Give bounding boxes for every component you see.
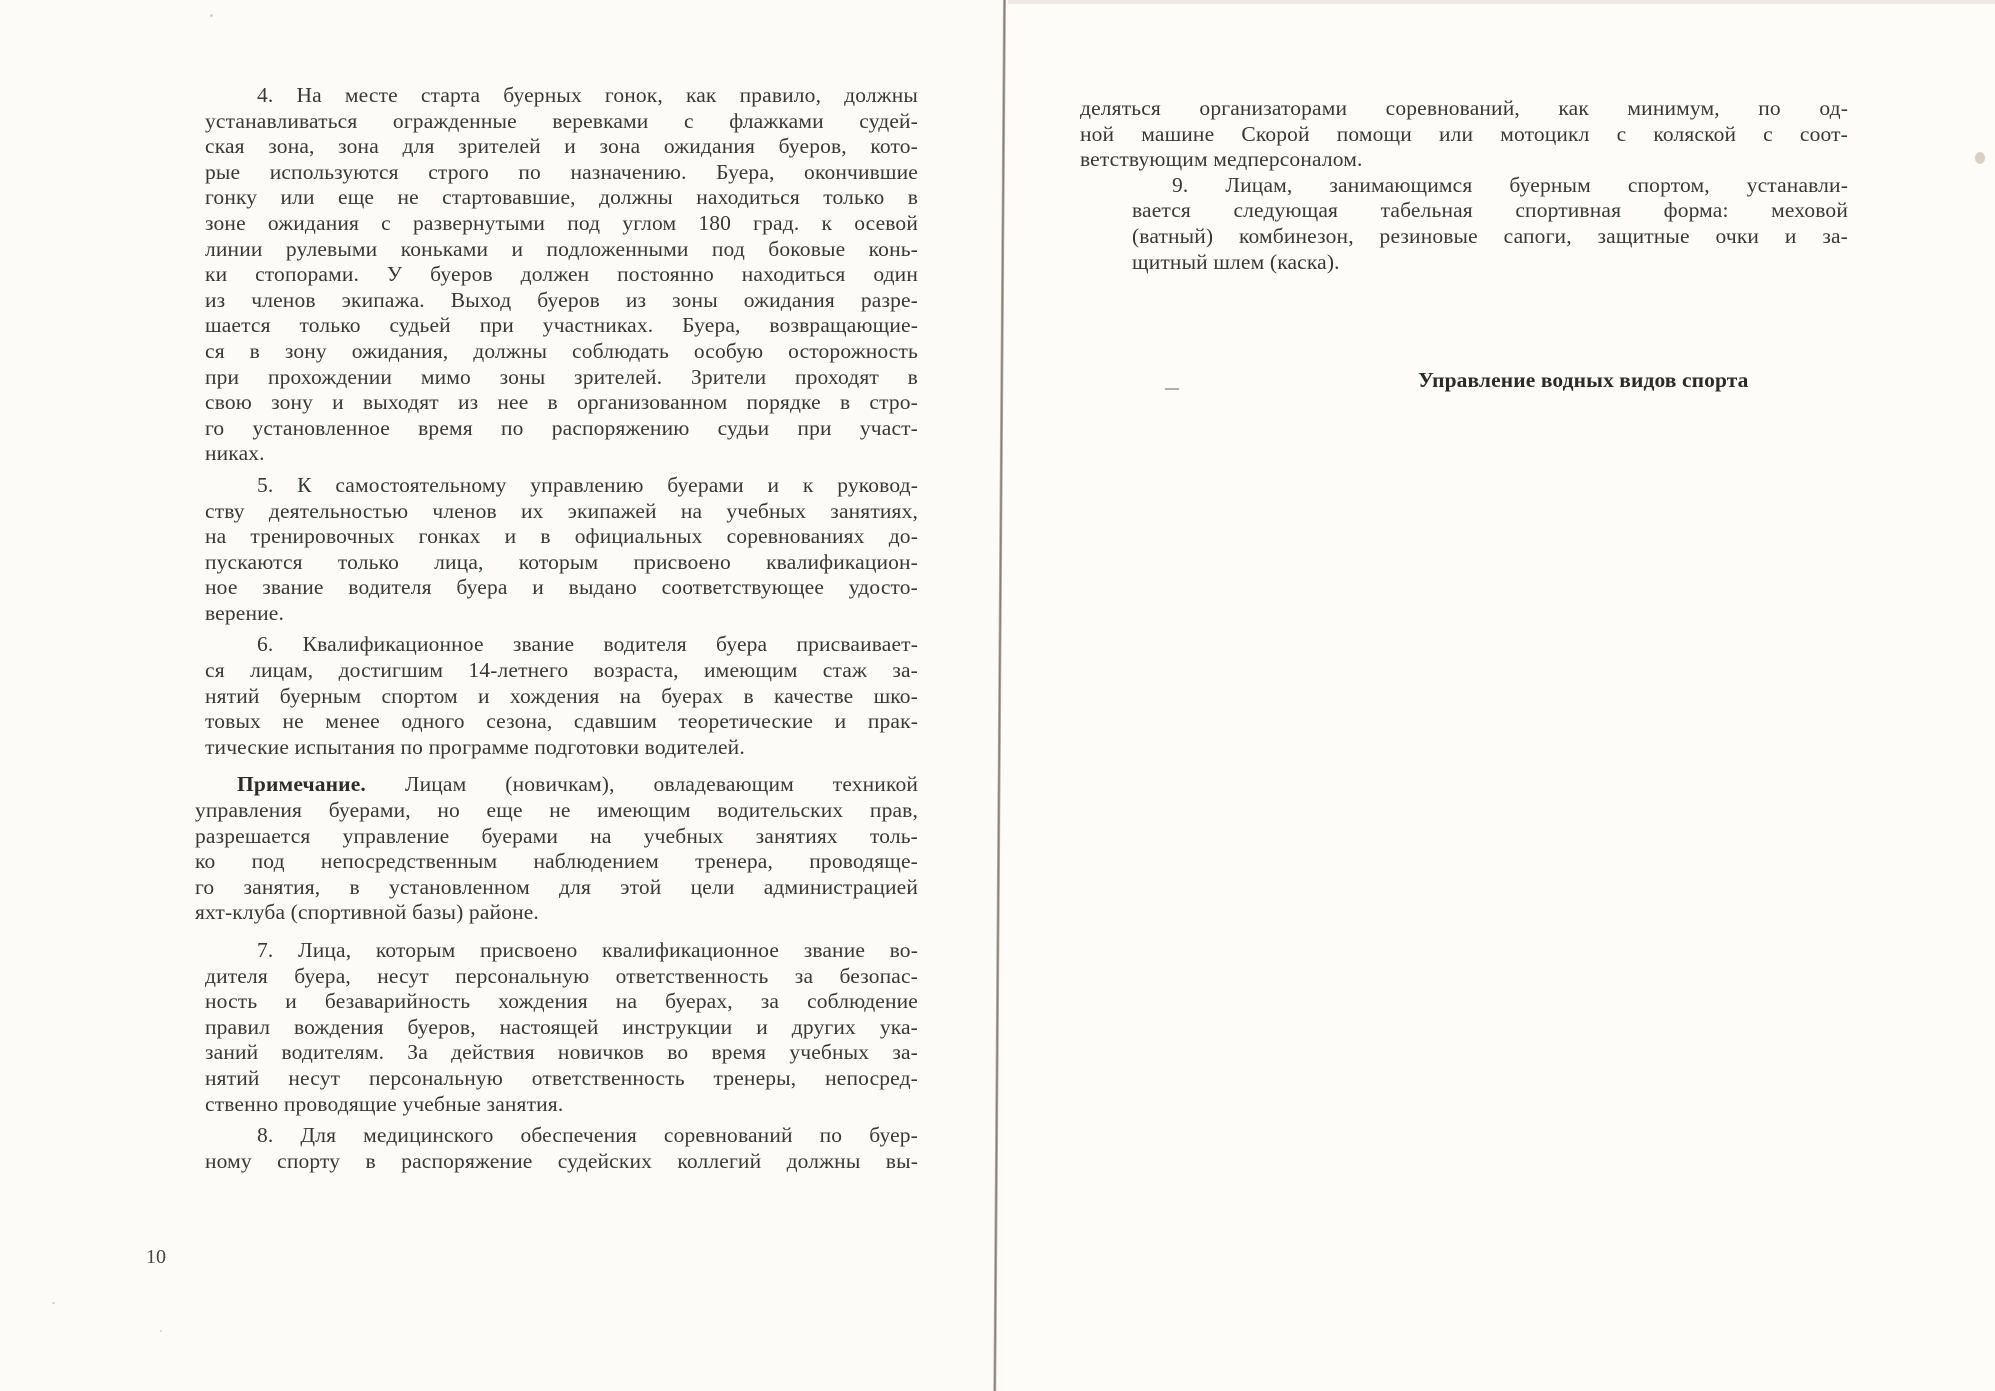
text-line: ное звание водителя буера и выдано соотв… (153, 575, 918, 601)
text-line: никах. (153, 441, 918, 467)
text-line: го установленное время по распоряжению с… (153, 416, 918, 442)
paragraph-8: 8. Для медицинского обеспечения соревнов… (153, 1123, 918, 1174)
text-line: товых не менее одного сезона, сдавшим те… (153, 709, 918, 735)
text-line: (ватный) комбинезон, резиновые сапоги, з… (1080, 224, 1848, 250)
text-line: щитный шлем (каска). (1080, 250, 1848, 276)
text-line: разрешается управление буерами на учебны… (153, 824, 918, 850)
book-spread: 4. На месте старта буерных гонок, как пр… (0, 0, 1995, 1391)
text-line: ся лицам, достигшим 14-летнего возраста,… (153, 658, 918, 684)
paragraph-4: 4. На месте старта буерных гонок, как пр… (153, 83, 918, 467)
page-number: 10 (146, 1246, 166, 1269)
text-line: яхт-клуба (спортивной базы) районе. (153, 900, 918, 926)
paper-speck (210, 14, 213, 17)
text-line: тические испытания по программе подготов… (153, 735, 918, 761)
text-line: ко под непосредственным наблюдением трен… (153, 849, 918, 875)
text-line: шается только судьей при участниках. Буе… (153, 313, 918, 339)
text-line: 8. Для медицинского обеспечения соревнов… (153, 1123, 918, 1149)
text-line: заний водителям. За действия новичков во… (153, 1040, 918, 1066)
text-line: ская зона, зона для зрителей и зона ожид… (153, 134, 918, 160)
text-line: ки стопорами. У буеров должен постоянно … (153, 262, 918, 288)
right-page-text-column: деляться организаторами соревнований, ка… (1080, 96, 1848, 275)
text-line: 4. На месте старта буерных гонок, как пр… (153, 83, 918, 109)
text-line: верение. (153, 601, 918, 627)
signature-heading: Управление водных видов спорта (1418, 368, 1749, 393)
text-line: при прохождении мимо зоны зрителей. Зрит… (153, 365, 918, 391)
left-page-text-column: 4. На месте старта буерных гонок, как пр… (153, 83, 918, 1174)
text-line: гонку или еще не стартовавшие, должны на… (153, 185, 918, 211)
paragraph-6: 6. Квалификационное звание водителя буер… (153, 632, 918, 760)
text-line: дителя буера, несут персональную ответст… (153, 964, 918, 990)
text-line: устанавливаться огражденные веревками с … (153, 109, 918, 135)
text-line: ся в зону ожидания, должны соблюдать осо… (153, 339, 918, 365)
text-line: зоне ожидания с развернутыми под углом 1… (153, 211, 918, 237)
paragraph-5: 5. К самостоятельному управлению буерами… (153, 473, 918, 627)
text-line: ственно проводящие учебные занятия. (153, 1092, 918, 1118)
text-line: ветствующим медперсоналом. (1080, 147, 1848, 173)
paper-speck (160, 1330, 162, 1332)
paragraph-9: 9. Лицам, занимающимся буерным спортом, … (1080, 173, 1848, 275)
paper-speck (52, 1302, 55, 1304)
text-line: 9. Лицам, занимающимся буерным спортом, … (1080, 173, 1848, 199)
text-line: го занятия, в установленном для этой цел… (153, 875, 918, 901)
note-paragraph: Примечание. Лицам (новичкам), овладевающ… (153, 772, 918, 926)
text-line: правил вождения буеров, настоящей инстру… (153, 1015, 918, 1041)
text-line: ству деятельностью членов их экипажей на… (153, 499, 918, 525)
text-line: из членов экипажа. Выход буеров из зоны … (153, 288, 918, 314)
left-page: 4. На месте старта буерных гонок, как пр… (0, 0, 1003, 1391)
text-line: 5. К самостоятельному управлению буерами… (153, 473, 918, 499)
note-text: Лицам (новичкам), овладевающим техникой (366, 772, 918, 796)
paper-speck (1975, 152, 1985, 164)
text-line: управления буерами, но еще не имеющим во… (153, 798, 918, 824)
text-line: вается следующая табельная спортивная фо… (1080, 198, 1848, 224)
text-line: линии рулевыми коньками и подложенными п… (153, 237, 918, 263)
text-line: 6. Квалификационное звание водителя буер… (153, 632, 918, 658)
text-line: деляться организаторами соревнований, ка… (1080, 96, 1848, 122)
text-line: на тренировочных гонках и в официальных … (153, 524, 918, 550)
text-line: 7. Лица, которым присвоено квалификацион… (153, 938, 918, 964)
paragraph-8-continued: деляться организаторами соревнований, ка… (1080, 96, 1848, 173)
text-line: рые используются строго по назначению. Б… (153, 160, 918, 186)
stray-mark (1165, 388, 1179, 390)
text-line: ной машине Скорой помощи или мотоцикл с … (1080, 122, 1848, 148)
text-line: нятий несут персональную ответственность… (153, 1066, 918, 1092)
text-line: свою зону и выходят из нее в организован… (153, 390, 918, 416)
text-line: ность и безаварийность хождения на буера… (153, 989, 918, 1015)
text-line: Примечание. Лицам (новичкам), овладевающ… (153, 772, 918, 798)
text-line: нятий буерным спортом и хождения на буер… (153, 684, 918, 710)
paragraph-7: 7. Лица, которым присвоено квалификацион… (153, 938, 918, 1117)
page-top-edge (1008, 0, 1995, 4)
note-label: Примечание. (237, 772, 366, 796)
text-line: ному спорту в распоряжение судейских кол… (153, 1149, 918, 1175)
text-line: пускаются только лица, которым присвоено… (153, 550, 918, 576)
